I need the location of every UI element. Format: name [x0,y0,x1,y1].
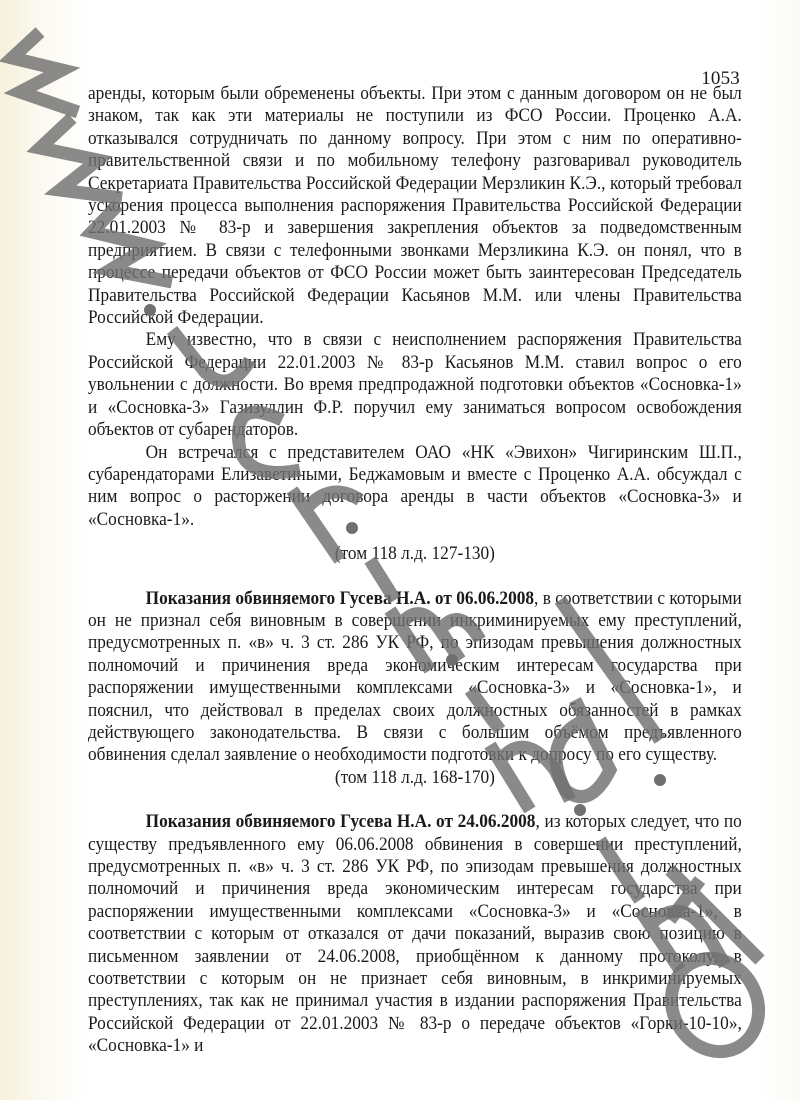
testimony-body: , в соответствии с которыми он не призна… [88,588,742,766]
testimony-heading: Показания обвиняемого Гусева Н.А. от 24.… [146,811,536,832]
testimony-body: , из которых следует, что по существу пр… [88,811,742,1056]
document-page: 1053 аренды, которым были обременены объ… [0,0,800,1100]
testimony-paragraph: Показания обвиняемого Гусева Н.А. от 24.… [88,811,742,1057]
testimony-heading: Показания обвиняемого Гусева Н.А. от 06.… [146,588,534,609]
case-file-reference: (том 118 л.д. 168-170) [88,767,742,789]
paragraph: аренды, которым были обременены объекты.… [88,83,742,329]
paragraph: Он встречался с представителем ОАО «НК «… [88,442,742,532]
paragraph: Ему известно, что в связи с неисполнение… [88,329,742,441]
case-file-reference: (том 118 л.д. 127-130) [88,543,742,565]
testimony-paragraph: Показания обвиняемого Гусева Н.А. от 06.… [88,588,742,767]
document-body: аренды, которым были обременены объекты.… [88,83,742,1058]
